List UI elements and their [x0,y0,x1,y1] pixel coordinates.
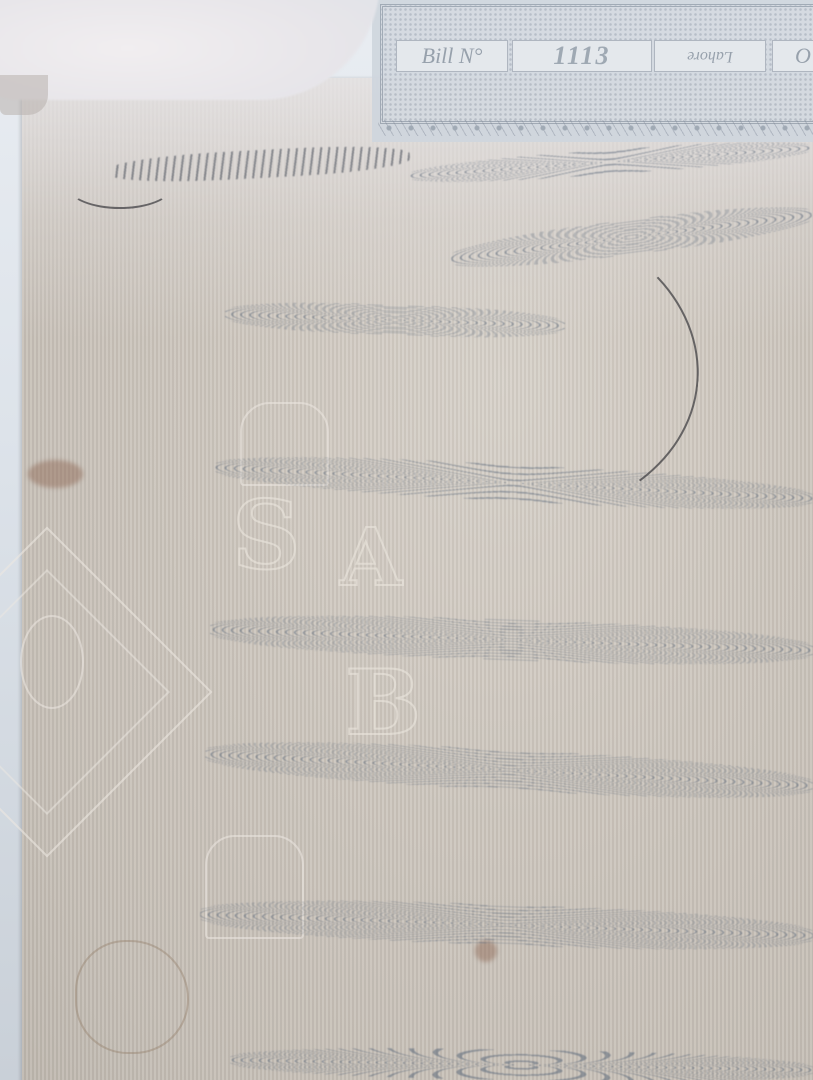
ring-stain [75,940,189,1054]
watermark-letter-3: B [345,650,421,756]
signature-flourish [68,165,172,209]
city-label: Lahore [654,40,766,72]
watermark-letter-2: A [340,510,402,604]
stamp-ornament-border [378,120,813,136]
stamp-extra-glyph: O [772,40,813,72]
bill-number: 1113 [512,40,652,72]
watermark-circle [20,615,84,709]
fingertip [0,75,48,115]
rust-stain [28,460,83,488]
bill-label: Bill N° [396,40,508,72]
printed-stamp-header: Bill N° 1113 Lahore O [372,0,813,142]
watermark-letter-1: S [232,480,301,591]
